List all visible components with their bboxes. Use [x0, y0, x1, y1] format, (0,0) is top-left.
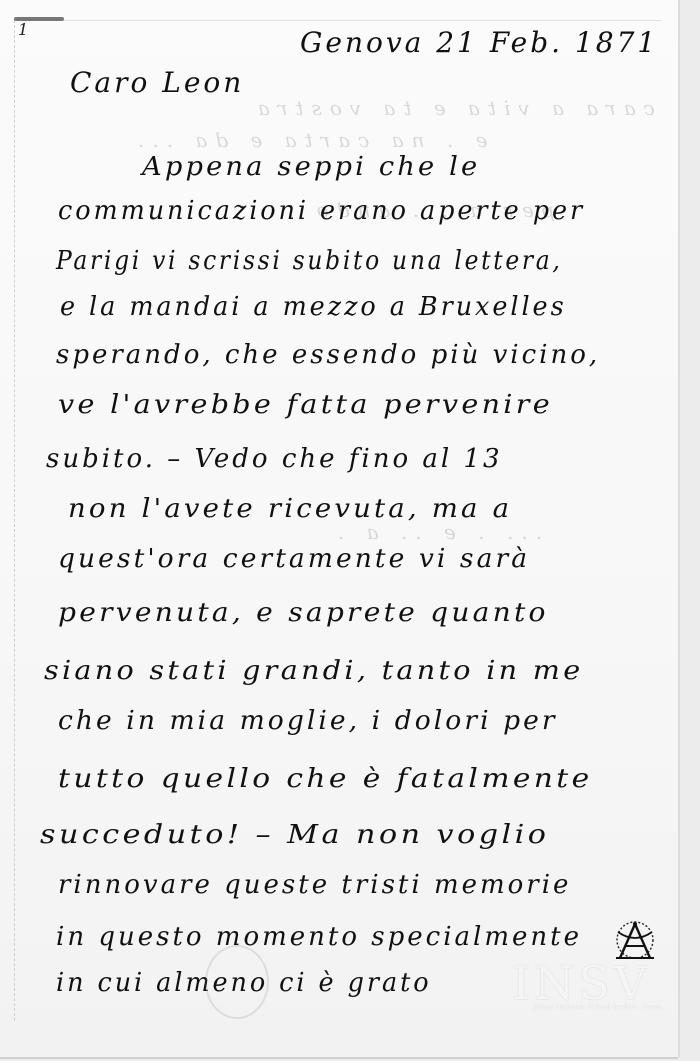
letter-line: quest'ora certamente vi sarà [58, 544, 530, 574]
letter-line: siano stati grandi, tanto in me [44, 656, 583, 686]
bleed-through-text: e . na carta e da ... [130, 128, 487, 152]
letter-place-date: Genova 21 Feb. 1871 [300, 26, 658, 59]
watermark-letters: INSV [512, 956, 651, 1010]
letter-line: succeduto! – Ma non voglio [40, 820, 549, 850]
bleed-through-text: cara a vita e ta vostra [250, 96, 655, 120]
letter-line: communicazioni erano aperte per [58, 196, 585, 226]
letter-line: rinnovare queste tristi memorie [58, 870, 571, 900]
letter-paper: 1 cara a vita e ta vostra e . na carta e… [0, 0, 678, 1057]
letter-line: Parigi vi scrissi subito una lettera, [56, 246, 563, 276]
letter-salutation: Caro Leon [70, 66, 244, 99]
page-number: 1 [18, 20, 28, 39]
letter-line: non l'avete ricevuta, ma a [68, 494, 512, 524]
letter-line: subito. – Vedo che fino al 13 [46, 444, 503, 474]
letter-line: pervenuta, e saprete quanto [58, 598, 549, 628]
letter-line: ve l'avrebbe fatta pervenire [58, 390, 553, 420]
letter-line: Appena seppi che le [142, 152, 480, 182]
letter-line: che in mia moglie, i dolori per [58, 706, 558, 736]
archive-watermark: INSV Istituto Nazionale di Studi Verdian… [512, 956, 662, 1016]
watermark-subtitle: Istituto Nazionale di Studi Verdiani – P… [512, 1004, 662, 1011]
letter-line: tutto quello che è fatalmente [58, 764, 593, 794]
scanned-letter: 1 cara a vita e ta vostra e . na carta e… [0, 0, 700, 1061]
letter-line: in questo momento specialmente [56, 922, 582, 952]
faint-stamp-mark [205, 945, 269, 1019]
letter-line: e la mandai a mezzo a Bruxelles [60, 292, 567, 322]
letter-line: sperando, che essendo più vicino, [56, 340, 600, 370]
